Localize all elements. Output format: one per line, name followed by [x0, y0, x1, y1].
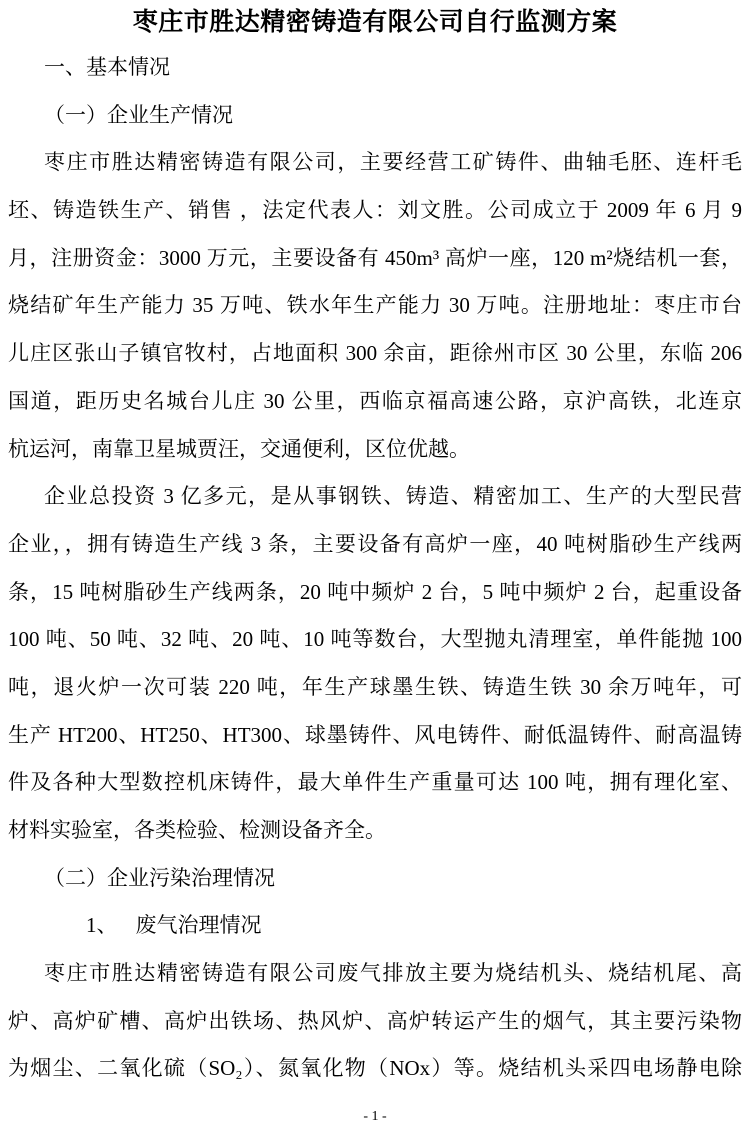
- page-number: - 1 -: [0, 1109, 750, 1125]
- paragraph-line: 材料实验室，各类检验、检测设备齐全。: [8, 807, 742, 855]
- heading-item-1-label: 废气治理情况: [136, 913, 262, 937]
- document-title: 枣庄市胜达精密铸造有限公司自行监测方案: [0, 3, 750, 41]
- paragraph-line: 坯、铸造铁生产、销售 ，法定代表人：刘文胜。公司成立于 2009 年 6 月 9: [8, 187, 742, 235]
- paragraph-line: 条，15 吨树脂砂生产线两条，20 吨中频炉 2 台，5 吨中频炉 2 台，起重…: [8, 569, 742, 617]
- heading-item-1: 1、废气治理情况: [8, 902, 742, 950]
- paragraph-line: 件及各种大型数控机床铸件，最大单件生产重量可达 100 吨，拥有理化室、: [8, 759, 742, 807]
- heading-subsection-1-2: （二）企业污染治理情况: [8, 855, 742, 903]
- paragraph-line: 儿庄区张山子镇官牧村，占地面积 300 余亩，距徐州市区 30 公里，东临 20…: [8, 330, 742, 378]
- paragraph-line: 枣庄市胜达精密铸造有限公司废气排放主要为烧结机头、烧结机尾、高: [8, 950, 742, 998]
- paragraph-line: 月，注册资金：3000 万元，主要设备有 450m³ 高炉一座，120 m²烧结…: [8, 235, 742, 283]
- heading-item-1-number: 1、: [86, 913, 118, 937]
- document-page: 枣庄市胜达精密铸造有限公司自行监测方案 一、基本情况 （一）企业生产情况 枣庄市…: [0, 0, 750, 1137]
- paragraph-line: 枣庄市胜达精密铸造有限公司，主要经营工矿铸件、曲轴毛胚、连杆毛: [8, 139, 742, 187]
- paragraph-line: 杭运河，南靠卫星城贾汪，交通便利，区位优越。: [8, 426, 742, 474]
- paragraph-line: 为烟尘、二氧化硫（SO₂）、氮氧化物（NOx）等。烧结机头采四电场静电除: [8, 1045, 742, 1093]
- paragraph-line: 企业总投资 3 亿多元，是从事钢铁、铸造、精密加工、生产的大型民营: [8, 473, 742, 521]
- paragraph-line: 100 吨、50 吨、32 吨、20 吨、10 吨等数台，大型抛丸清理室，单件能…: [8, 616, 742, 664]
- document-body: 一、基本情况 （一）企业生产情况 枣庄市胜达精密铸造有限公司，主要经营工矿铸件、…: [8, 44, 742, 1093]
- heading-section-1: 一、基本情况: [8, 44, 742, 92]
- paragraph-line: 吨，退火炉一次可装 220 吨，年生产球墨生铁、铸造生铁 30 余万吨年，可: [8, 664, 742, 712]
- heading-subsection-1-1: （一）企业生产情况: [8, 92, 742, 140]
- paragraph-line: 炉、高炉矿槽、高炉出铁场、热风炉、高炉转运产生的烟气，其主要污染物: [8, 998, 742, 1046]
- paragraph-line: 烧结矿年生产能力 35 万吨、铁水年生产能力 30 万吨。注册地址：枣庄市台: [8, 282, 742, 330]
- paragraph-line: 生产 HT200、HT250、HT300、球墨铸件、风电铸件、耐低温铸件、耐高温…: [8, 712, 742, 760]
- paragraph-line: 国道，距历史名城台儿庄 30 公里，西临京福高速公路，京沪高铁，北连京: [8, 378, 742, 426]
- paragraph-line: 企业，，拥有铸造生产线 3 条，主要设备有高炉一座，40 吨树脂砂生产线两: [8, 521, 742, 569]
